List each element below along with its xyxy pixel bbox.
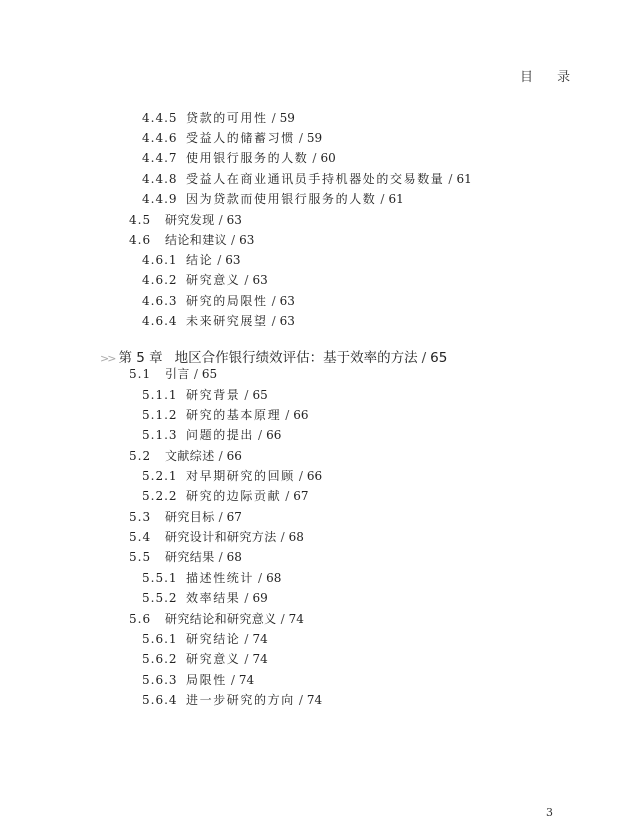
entry-page: 63 [225,253,240,267]
toc-entry[interactable]: 4.6.3研究的局限性/63 [142,293,295,309]
entry-page: 63 [227,213,242,227]
entry-number: 5.5.1 [142,570,186,586]
separator: / [299,469,303,483]
entry-title: 研究背景 [186,388,240,402]
separator: / [285,489,289,503]
entry-title: 研究的局限性 [186,294,268,308]
entry-number: 5.5.2 [142,590,186,606]
separator: / [217,253,221,267]
chapter-heading[interactable]: >>第 5 章地区合作银行绩效评估：基于效率的方法/65 [100,346,447,366]
entry-number: 5.2 [129,448,165,464]
toc-entry[interactable]: 5.5.1描述性统计/68 [142,570,281,586]
toc-entry[interactable]: 4.4.8受益人在商业通讯员手持机器处的交易数量/61 [142,171,472,187]
chapter-page: 65 [430,350,447,366]
separator: / [285,408,289,422]
entry-number: 4.5 [129,212,165,228]
page-header-title: 目 录 [520,66,580,85]
entry-title: 使用银行服务的人数 [186,151,308,165]
toc-entry[interactable]: 5.6.2研究意义/74 [142,651,268,667]
entry-title: 研究结论 [186,632,240,646]
entry-number: 4.4.7 [142,150,186,166]
toc-entry[interactable]: 5.2.2研究的边际贡献/67 [142,488,309,504]
entry-number: 5.6.1 [142,631,186,647]
entry-page: 66 [227,449,242,463]
separator: / [194,367,198,381]
entry-number: 5.1.3 [142,427,186,443]
toc-entry[interactable]: 5.6.3局限性/74 [142,672,254,688]
entry-number: 4.6.1 [142,252,186,268]
entry-title: 研究意义 [186,273,240,287]
separator: / [244,652,248,666]
entry-number: 5.1.1 [142,387,186,403]
separator: / [244,591,248,605]
separator: / [258,571,262,585]
entry-page: 74 [239,673,254,687]
separator: / [244,632,248,646]
entry-page: 59 [280,111,295,125]
entry-page: 74 [307,693,322,707]
entry-number: 5.1.2 [142,407,186,423]
entry-page: 68 [266,571,281,585]
entry-page: 69 [252,591,267,605]
entry-page: 65 [202,367,217,381]
separator: / [448,172,452,186]
toc-entry[interactable]: 5.1引言/65 [129,366,217,382]
entry-title: 对早期研究的回顾 [186,469,295,483]
separator: / [219,550,223,564]
entry-page: 66 [293,408,308,422]
separator: / [272,314,276,328]
entry-number: 4.6.2 [142,272,186,288]
separator: / [272,294,276,308]
separator: / [258,428,262,442]
toc-entry[interactable]: 4.6.4未来研究展望/63 [142,313,295,329]
toc-entry[interactable]: 4.5研究发现/63 [129,212,242,228]
toc-entry[interactable]: 5.6.4进一步研究的方向/74 [142,692,322,708]
entry-title: 研究的边际贡献 [186,489,281,503]
entry-title: 因为贷款而使用银行服务的人数 [186,192,376,206]
entry-page: 59 [307,131,322,145]
entry-page: 63 [280,314,295,328]
entry-number: 4.4.5 [142,110,186,126]
toc-entry[interactable]: 5.3研究目标/67 [129,509,242,525]
entry-number: 4.6 [129,232,165,248]
entry-title: 贷款的可用性 [186,111,268,125]
entry-page: 60 [320,151,335,165]
entry-number: 5.6.4 [142,692,186,708]
entry-title: 未来研究展望 [186,314,268,328]
entry-title: 研究结论和研究意义 [165,612,277,626]
page-number: 3 [546,806,553,819]
entry-title: 研究发现 [165,213,215,227]
separator: / [231,233,235,247]
entry-number: 4.4.9 [142,191,186,207]
entry-title: 效率结果 [186,591,240,605]
separator: / [281,612,285,626]
entry-number: 5.5 [129,549,165,565]
entry-number: 4.4.8 [142,171,186,187]
entry-title: 进一步研究的方向 [186,693,295,707]
toc-entry[interactable]: 5.2.1对早期研究的回顾/66 [142,468,322,484]
toc-entry[interactable]: 4.6.2研究意义/63 [142,272,268,288]
entry-title: 受益人在商业通讯员手持机器处的交易数量 [186,172,444,186]
entry-title: 局限性 [186,673,227,687]
entry-title: 文献综述 [165,449,215,463]
chapter-title: 地区合作银行绩效评估：基于效率的方法 [175,350,418,366]
separator: / [272,111,276,125]
separator: / [380,192,384,206]
entry-number: 5.2.2 [142,488,186,504]
toc-entry[interactable]: 4.4.7使用银行服务的人数/60 [142,150,336,166]
toc-entry[interactable]: 5.1.2研究的基本原理/66 [142,407,309,423]
entry-page: 65 [252,388,267,402]
entry-number: 5.6.2 [142,651,186,667]
entry-number: 5.4 [129,529,165,545]
entry-title: 问题的提出 [186,428,254,442]
toc-entry[interactable]: 5.5研究结果/68 [129,549,242,565]
separator: / [422,350,427,366]
entry-number: 5.3 [129,509,165,525]
entry-number: 4.6.4 [142,313,186,329]
entry-title: 研究目标 [165,510,215,524]
separator: / [219,510,223,524]
entry-page: 67 [227,510,242,524]
entry-number: 5.2.1 [142,468,186,484]
separator: / [219,213,223,227]
entry-number: 5.1 [129,366,165,382]
toc-entry[interactable]: 5.5.2效率结果/69 [142,590,268,606]
entry-page: 74 [289,612,304,626]
entry-title: 描述性统计 [186,571,254,585]
entry-title: 结论 [186,253,213,267]
separator: / [312,151,316,165]
toc-entry[interactable]: 5.6研究结论和研究意义/74 [129,611,304,627]
entry-page: 61 [388,192,403,206]
toc-entry[interactable]: 4.4.6受益人的储蓄习惯/59 [142,130,322,146]
separator: / [281,530,285,544]
chapter-number: 第 5 章 [118,350,162,366]
entry-number: 5.6 [129,611,165,627]
entry-page: 63 [252,273,267,287]
entry-number: 5.6.3 [142,672,186,688]
toc-entry[interactable]: 4.6.1结论/63 [142,252,241,268]
entry-number: 4.6.3 [142,293,186,309]
entry-title: 研究结果 [165,550,215,564]
entry-page: 63 [280,294,295,308]
entry-title: 引言 [165,367,190,381]
toc-entry[interactable]: 5.6.1研究结论/74 [142,631,268,647]
entry-page: 68 [227,550,242,564]
entry-page: 61 [456,172,471,186]
entry-page: 68 [289,530,304,544]
entry-page: 66 [307,469,322,483]
entry-number: 4.4.6 [142,130,186,146]
entry-title: 受益人的储蓄习惯 [186,131,295,145]
separator: / [299,131,303,145]
separator: / [219,449,223,463]
toc-entry[interactable]: 4.6结论和建议/63 [129,232,254,248]
separator: / [231,673,235,687]
toc-entry[interactable]: 5.1.3问题的提出/66 [142,427,281,443]
entry-page: 66 [266,428,281,442]
toc-entry[interactable]: 4.4.9因为贷款而使用银行服务的人数/61 [142,191,404,207]
entry-title: 研究设计和研究方法 [165,530,277,544]
toc-entry[interactable]: 5.4研究设计和研究方法/68 [129,529,304,545]
toc-entry[interactable]: 4.4.5贷款的可用性/59 [142,110,295,126]
toc-entry[interactable]: 5.2文献综述/66 [129,448,242,464]
separator: / [244,273,248,287]
entry-page: 67 [293,489,308,503]
separator: / [299,693,303,707]
toc-entry[interactable]: 5.1.1研究背景/65 [142,387,268,403]
entry-page: 74 [252,632,267,646]
chevron-double-right-icon: >> [100,352,114,365]
entry-title: 结论和建议 [165,233,227,247]
separator: / [244,388,248,402]
entry-title: 研究意义 [186,652,240,666]
entry-page: 74 [252,652,267,666]
entry-page: 63 [239,233,254,247]
entry-title: 研究的基本原理 [186,408,281,422]
